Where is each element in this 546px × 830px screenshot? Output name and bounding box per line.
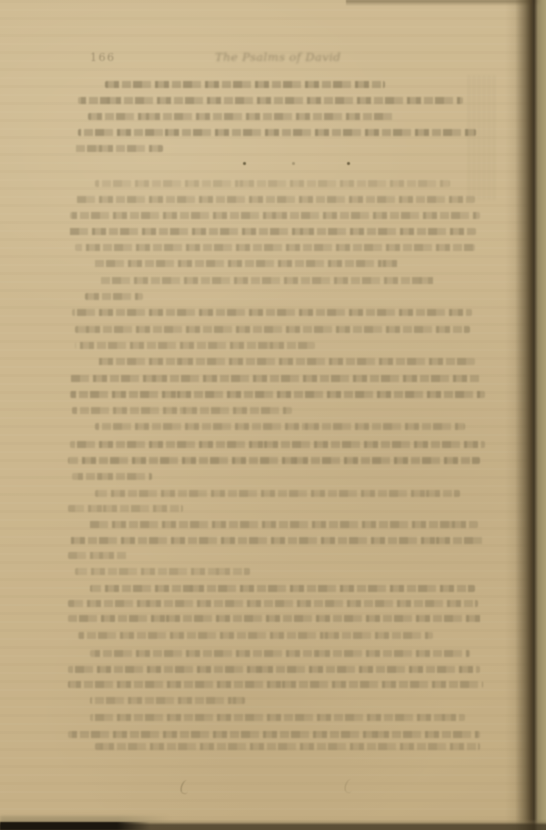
ink-showthrough-patch (468, 75, 498, 200)
text-line (88, 521, 478, 528)
text-line (68, 666, 480, 673)
bottom-left-dark-band (0, 822, 150, 830)
text-line (68, 228, 476, 235)
text-line (95, 423, 465, 430)
text-line (90, 585, 475, 592)
text-line (70, 441, 485, 448)
separator-dot (243, 162, 246, 165)
text-line (100, 277, 435, 284)
separator-dot (347, 162, 350, 165)
text-line (85, 293, 143, 300)
text-line (68, 505, 183, 512)
text-line (78, 632, 433, 639)
text-line (95, 490, 460, 497)
text-line (88, 113, 396, 120)
text-line (78, 97, 463, 104)
text-line (68, 615, 483, 622)
right-page-edge-shadow (505, 0, 546, 830)
text-line (90, 714, 465, 721)
separator-dot (292, 162, 295, 165)
text-line (68, 681, 483, 688)
text-line (68, 537, 483, 544)
text-line (72, 407, 292, 414)
text-line (75, 568, 250, 575)
text-line (73, 145, 163, 152)
text-line (75, 196, 475, 203)
text-line (70, 212, 480, 219)
book-page-scan: 166 The Psalms of David (0, 0, 546, 830)
page-number: 166 (90, 51, 116, 64)
running-title: The Psalms of David (190, 50, 366, 64)
text-line (95, 358, 475, 365)
text-line (90, 650, 470, 657)
text-line (70, 375, 480, 382)
text-line (75, 342, 315, 349)
text-line (72, 473, 152, 480)
text-line (75, 244, 475, 251)
text-line (70, 391, 485, 398)
text-line (68, 731, 480, 738)
text-line (68, 552, 128, 559)
text-line (72, 309, 472, 316)
text-line (93, 260, 398, 267)
text-line (105, 81, 385, 88)
text-line (78, 129, 476, 136)
scan-streak-texture (0, 0, 546, 830)
text-line (95, 743, 480, 750)
text-line (75, 326, 470, 333)
text-line (90, 697, 245, 704)
text-line (68, 457, 480, 464)
text-line (68, 600, 478, 607)
text-line (95, 180, 450, 187)
